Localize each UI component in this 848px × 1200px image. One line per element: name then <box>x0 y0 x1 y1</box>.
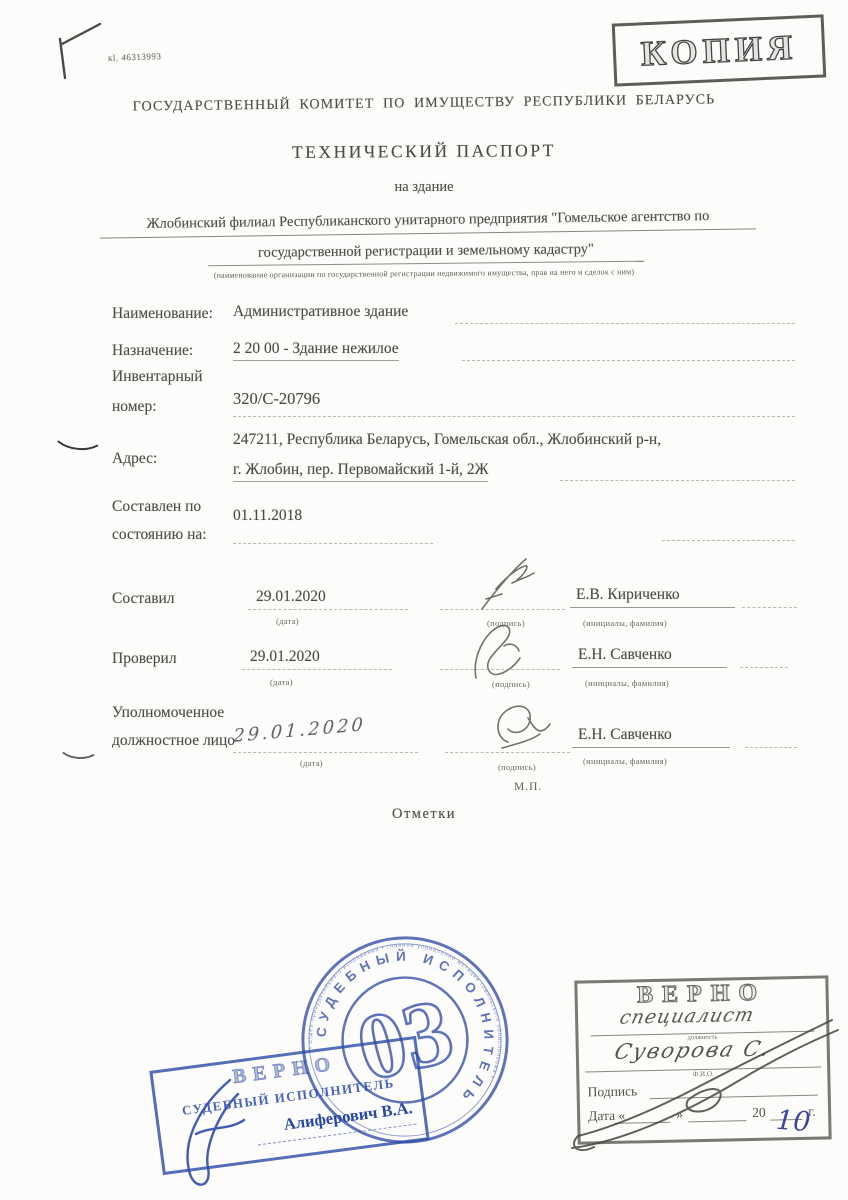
ruled-line <box>572 667 727 668</box>
committee-heading: ГОСУДАРСТВЕННЫЙ КОМИТЕТ ПО ИМУЩЕСТВУ РЕС… <box>0 91 848 117</box>
copy-stamp: КОПИЯ <box>612 14 827 86</box>
ruled-line <box>462 360 795 361</box>
organization-line2: государственной регистрации и земельному… <box>208 241 644 267</box>
ruled-line <box>248 609 408 610</box>
field-name-value: Административное здание <box>233 303 408 321</box>
sig-row2-date: 29.01.2020 <box>250 648 320 666</box>
field-asof-label-line2: состоянию на: <box>112 526 207 544</box>
sig-row2-role: Проверил <box>112 650 177 668</box>
sig-row2-name: Е.Н. Савченко <box>578 646 672 664</box>
ruled-line <box>662 540 795 541</box>
sig-row3-role-line1: Уполномоченное <box>112 704 224 722</box>
organization-caption: (наименование организации по государстве… <box>0 265 848 281</box>
signature-scribble <box>468 553 540 613</box>
field-inventory-label-line1: Инвентарный <box>112 368 203 386</box>
ruled-line <box>572 747 730 748</box>
ruled-line <box>440 669 560 670</box>
ruled-line <box>745 747 797 748</box>
sig-col-label-name: (инициалы, фамилия) <box>583 756 667 766</box>
sig-col-label-name: (инициалы, фамилия) <box>583 618 667 628</box>
field-inventory-value: 320/С-20796 <box>233 389 320 409</box>
field-inventory-label-line2: номер: <box>112 398 157 416</box>
pen-corner-mark <box>26 8 118 90</box>
notes-section-title: Отметки <box>0 806 848 823</box>
ruled-line <box>233 416 795 417</box>
field-name-label: Наименование: <box>112 305 213 323</box>
ruled-line <box>455 323 795 324</box>
sig-col-label-sign: (подпись) <box>492 679 530 689</box>
page-title: ТЕХНИЧЕСКИЙ ПАСПОРТ <box>0 138 848 165</box>
field-asof-value: 01.11.2018 <box>233 507 302 525</box>
scan-artifact-arc <box>50 413 107 452</box>
ruled-line <box>560 480 795 481</box>
sig-row1-role: Составил <box>112 590 175 608</box>
scanned-technical-passport-page: кl. 46313993 КОПИЯ ГОСУДАРСТВЕННЫЙ КОМИТ… <box>0 0 848 1200</box>
sig-col-label-date: (дата) <box>300 758 323 768</box>
page-subtitle: на здание <box>0 179 848 196</box>
field-address-value-line1: 247211, Республика Беларусь, Гомельская … <box>233 431 661 449</box>
sig-col-label-date: (дата) <box>276 616 299 626</box>
ruled-line <box>445 752 570 753</box>
sig-row1-name: Е.В. Кириченко <box>576 586 680 604</box>
field-purpose-value: 2 20 00 - Здание нежилое <box>233 340 399 361</box>
scan-artifact-arc <box>57 732 101 761</box>
handwritten-page-number: 10 <box>775 1105 811 1138</box>
ruled-line <box>233 543 433 544</box>
ruled-line <box>242 669 392 670</box>
document-code: кl. 46313993 <box>108 51 162 63</box>
field-asof-label-line1: Составлен по <box>112 498 201 516</box>
field-purpose-label: Назначение: <box>112 342 193 360</box>
copy-stamp-label: КОПИЯ <box>640 27 798 74</box>
sig-col-label-date: (дата) <box>270 677 293 687</box>
ruled-line <box>742 607 797 608</box>
seal-place-mark: М.П. <box>514 781 542 793</box>
sig-row3-handwritten-date: 29.01.2020 <box>233 714 367 747</box>
sig-row3-role-line2: должностное лицо <box>112 732 235 750</box>
sig-col-label-name: (инициалы, фамилия) <box>585 678 669 688</box>
field-address-label: Адрес: <box>112 450 157 468</box>
signature-scribble <box>464 618 530 684</box>
bailiff-signature <box>168 1076 268 1198</box>
ruled-line <box>233 752 418 753</box>
sig-row3-name: Е.Н. Савченко <box>578 726 672 744</box>
ruled-line <box>440 609 565 610</box>
ruled-line <box>740 667 788 668</box>
ruled-line <box>570 607 735 608</box>
sig-row1-date: 29.01.2020 <box>256 588 326 606</box>
bailiff-verno-name: Алиферович В.А. <box>283 1098 414 1135</box>
sig-col-label-sign: (подпись) <box>498 762 536 772</box>
field-address-value-line2: г. Жлобин, пер. Первомайский 1-й, 2Ж <box>233 461 488 482</box>
organization-line1: Жлобинский филиал Республиканского унита… <box>100 207 756 238</box>
